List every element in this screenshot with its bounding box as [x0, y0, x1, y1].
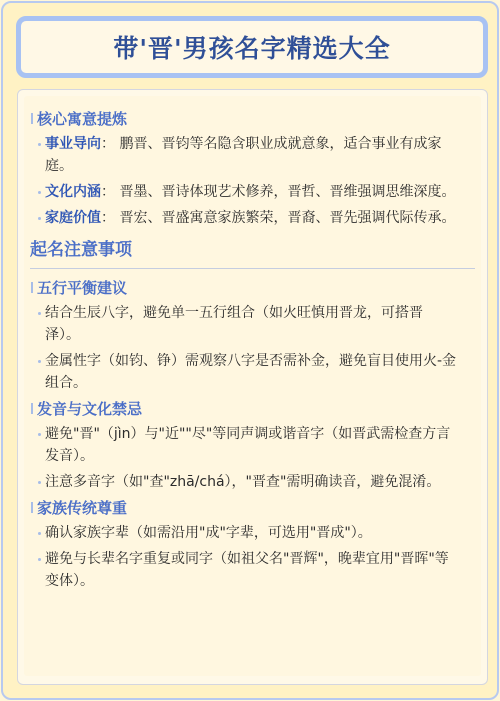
list-item: 避免"晋"（jìn）与"近""尽"等同声调或谐音字（如晋武需检查方言发音）。	[30, 423, 475, 467]
heading-bar-icon	[31, 403, 33, 414]
item-sep: ：	[101, 136, 115, 152]
subheading-five-elements: 五行平衡建议	[31, 277, 475, 297]
section-title-naming-notes: 起名注意事项	[30, 235, 475, 269]
item-key: 家庭价值	[45, 210, 101, 226]
subheading-label: 家族传统尊重	[37, 497, 127, 518]
heading-bar-icon	[31, 502, 33, 513]
subheading-label: 五行平衡建议	[37, 277, 127, 298]
item-body: 晋墨、晋诗体现艺术修养，晋哲、晋维强调思维深度。	[119, 184, 455, 200]
subheading-core-meaning: 核心寓意提炼	[31, 108, 475, 128]
bullet-icon	[38, 433, 41, 436]
item-key: 文化内涵	[45, 184, 101, 200]
pronunciation-list: 避免"晋"（jìn）与"近""尽"等同声调或谐音字（如晋武需检查方言发音）。 注…	[30, 423, 475, 493]
bullet-icon	[38, 312, 41, 315]
list-item: 金属性字（如钧、铮）需观察八字是否需补金，避免盲目使用火-金组合。	[30, 350, 475, 394]
item-text: 结合生辰八字，避免单一五行组合（如火旺慎用晋龙，可搭晋泽）。	[45, 302, 475, 346]
subheading-label: 发音与文化禁忌	[37, 398, 142, 419]
item-body: 晋宏、晋盛寓意家族繁荣，晋裔、晋先强调代际传承。	[119, 210, 455, 226]
heading-bar-icon	[31, 282, 33, 293]
heading-bar-icon	[31, 113, 33, 124]
bullet-icon	[38, 532, 41, 535]
content-inner: 核心寓意提炼 事业导向： 鹏晋、晋钧等名隐含职业成就意象，适合事业有成家庭。 文…	[30, 94, 475, 592]
bullet-icon	[38, 143, 41, 146]
item-key: 事业导向	[45, 136, 101, 152]
subheading-family-tradition: 家族传统尊重	[31, 497, 475, 517]
bullet-icon	[38, 360, 41, 363]
subheading-pronunciation: 发音与文化禁忌	[31, 398, 475, 418]
list-item: 结合生辰八字，避免单一五行组合（如火旺慎用晋龙，可搭晋泽）。	[30, 302, 475, 346]
item-sep: ：	[101, 184, 115, 200]
five-elements-list: 结合生辰八字，避免单一五行组合（如火旺慎用晋龙，可搭晋泽）。 金属性字（如钧、铮…	[30, 302, 475, 394]
list-item: 确认家族字辈（如需沿用"成"字辈，可选用"晋成"）。	[30, 522, 475, 544]
list-item: 事业导向： 鹏晋、晋钧等名隐含职业成就意象，适合事业有成家庭。	[30, 133, 475, 177]
list-item: 家庭价值： 晋宏、晋盛寓意家族繁荣，晋裔、晋先强调代际传承。	[30, 207, 475, 229]
bullet-icon	[38, 191, 41, 194]
item-text: 家庭价值： 晋宏、晋盛寓意家族繁荣，晋裔、晋先强调代际传承。	[45, 207, 475, 229]
list-item: 文化内涵： 晋墨、晋诗体现艺术修养，晋哲、晋维强调思维深度。	[30, 181, 475, 203]
item-text: 金属性字（如钧、铮）需观察八字是否需补金，避免盲目使用火-金组合。	[45, 350, 475, 394]
content-card: 核心寓意提炼 事业导向： 鹏晋、晋钧等名隐含职业成就意象，适合事业有成家庭。 文…	[17, 89, 488, 685]
item-text: 文化内涵： 晋墨、晋诗体现艺术修养，晋哲、晋维强调思维深度。	[45, 181, 475, 203]
page-title: 带'晋'男孩名字精选大全	[113, 29, 390, 65]
title-banner: 带'晋'男孩名字精选大全	[16, 16, 488, 78]
item-text: 事业导向： 鹏晋、晋钧等名隐含职业成就意象，适合事业有成家庭。	[45, 133, 475, 177]
item-text: 避免"晋"（jìn）与"近""尽"等同声调或谐音字（如晋武需检查方言发音）。	[45, 423, 475, 467]
item-text: 避免与长辈名字重复或同字（如祖父名"晋辉"，晚辈宜用"晋晖"等变体）。	[45, 548, 475, 592]
subheading-label: 核心寓意提炼	[37, 108, 127, 129]
core-meaning-list: 事业导向： 鹏晋、晋钧等名隐含职业成就意象，适合事业有成家庭。 文化内涵： 晋墨…	[30, 133, 475, 229]
list-item: 避免与长辈名字重复或同字（如祖父名"晋辉"，晚辈宜用"晋晖"等变体）。	[30, 548, 475, 592]
family-tradition-list: 确认家族字辈（如需沿用"成"字辈，可选用"晋成"）。 避免与长辈名字重复或同字（…	[30, 522, 475, 592]
list-item: 注意多音字（如"查"zhā/chá），"晋查"需明确读音，避免混淆。	[30, 471, 475, 493]
page-frame: 带'晋'男孩名字精选大全 核心寓意提炼 事业导向： 鹏晋、晋钧等名隐含职业成就意…	[1, 1, 499, 700]
item-sep: ：	[101, 210, 115, 226]
item-text: 注意多音字（如"查"zhā/chá），"晋查"需明确读音，避免混淆。	[45, 471, 475, 493]
bullet-icon	[38, 481, 41, 484]
bullet-icon	[38, 217, 41, 220]
item-text: 确认家族字辈（如需沿用"成"字辈，可选用"晋成"）。	[45, 522, 475, 544]
bullet-icon	[38, 558, 41, 561]
